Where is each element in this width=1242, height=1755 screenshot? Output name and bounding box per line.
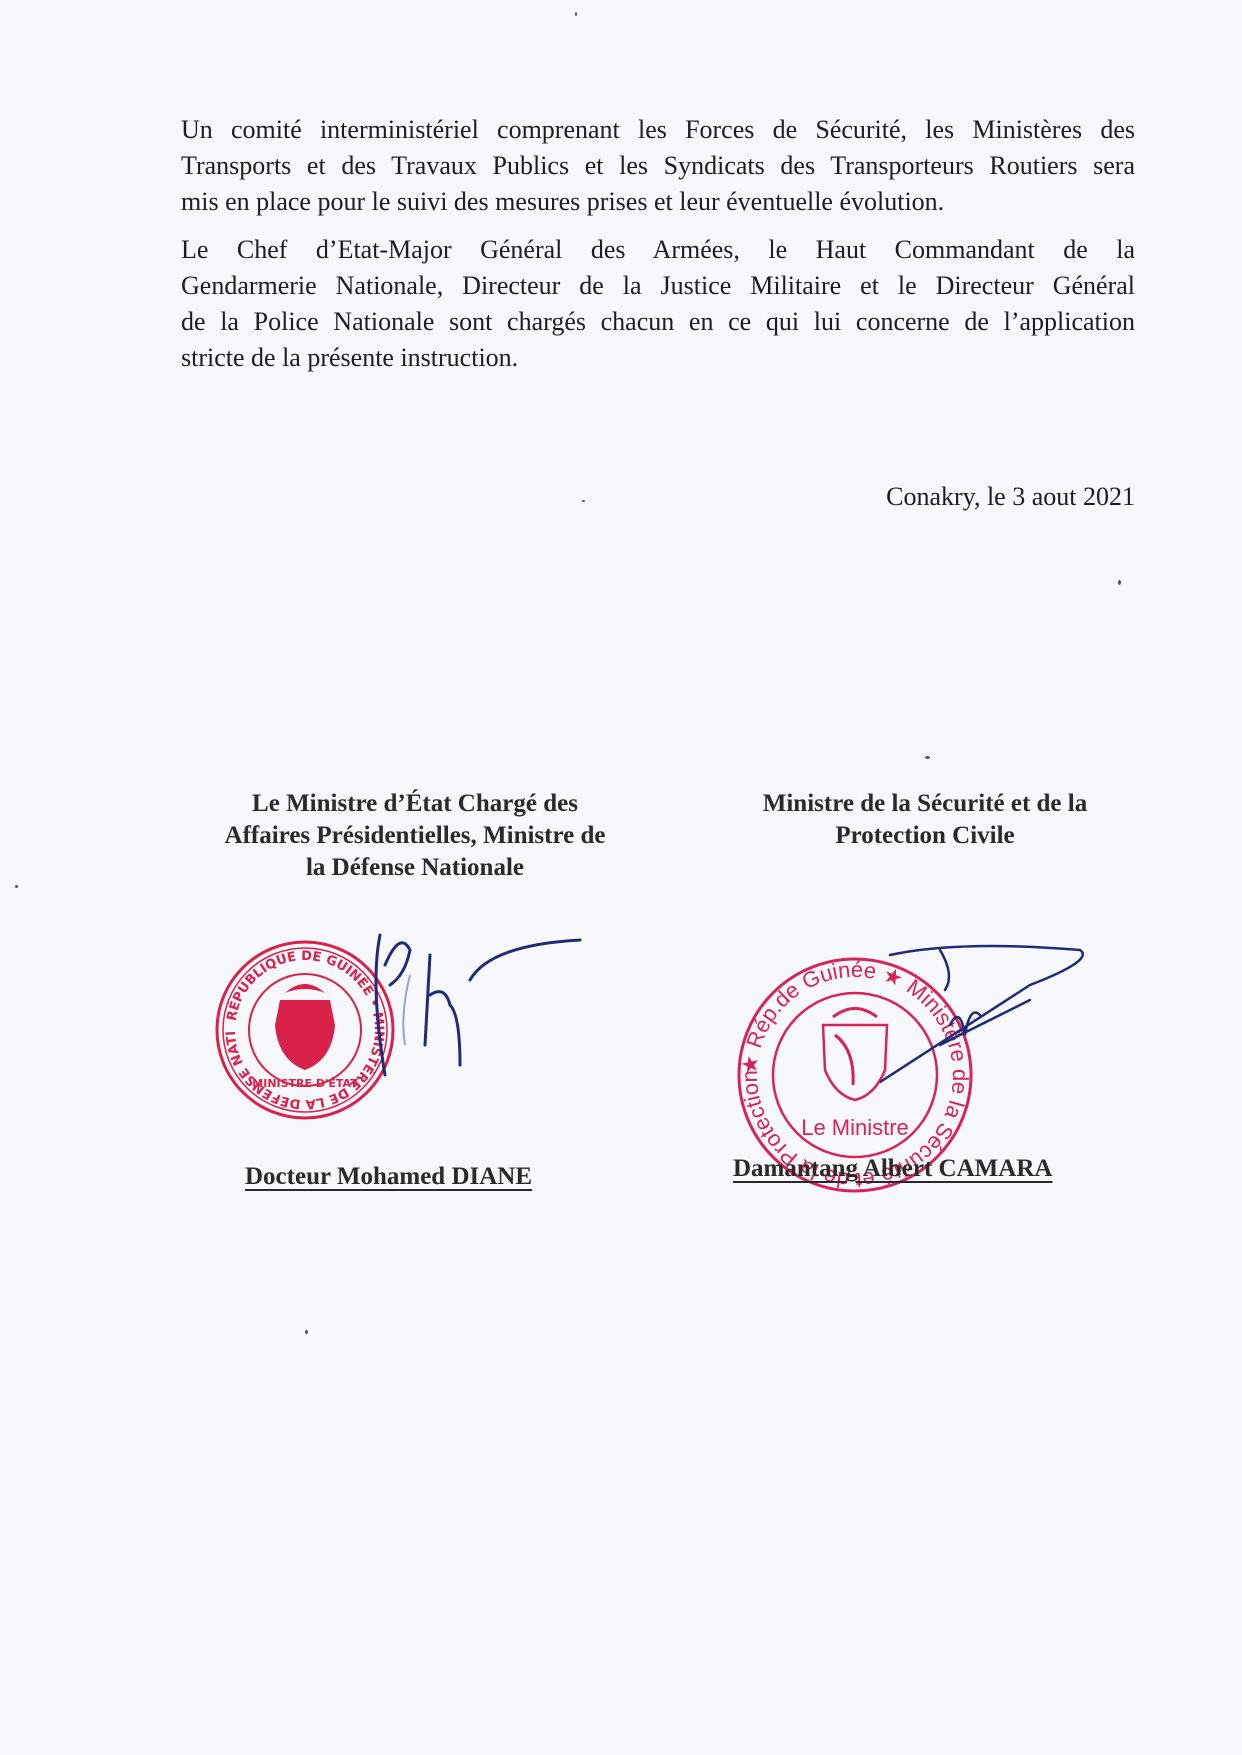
- signatory-name-camara: Damantang Albert CAMARA: [733, 1155, 1052, 1183]
- title-line: Affaires Présidentielles, Ministre de: [180, 820, 650, 852]
- title-line: Ministre de la Sécurité et de la: [715, 788, 1135, 820]
- text-line: Un comité interministériel comprenant le…: [181, 112, 1135, 148]
- svg-text:Le Ministre: Le Ministre: [801, 1115, 909, 1140]
- document-page: Un comité interministériel comprenant le…: [0, 0, 1242, 1755]
- paragraph-committee: Un comité interministériel comprenant le…: [181, 112, 1135, 220]
- signatory-name-diane: Docteur Mohamed DIANE: [245, 1163, 532, 1191]
- text-line: mis en place pour le suivi des mesures p…: [181, 184, 1135, 220]
- signatory-title-security: Ministre de la Sécurité et de la Protect…: [715, 788, 1135, 852]
- scan-speck: [1118, 580, 1121, 585]
- text-line: de la Police Nationale sont chargés chac…: [181, 304, 1135, 340]
- text-line: Transports et des Travaux Publics et les…: [181, 148, 1135, 184]
- title-line: Le Ministre d’État Chargé des: [180, 788, 650, 820]
- title-line: Protection Civile: [715, 820, 1135, 852]
- paragraph-responsibility: Le Chef d’Etat-Major Général des Armées,…: [181, 232, 1135, 376]
- scan-speck: [582, 500, 585, 502]
- text-line: stricte de la présente instruction.: [181, 340, 1135, 376]
- text-line: Le Chef d’Etat-Major Général des Armées,…: [181, 232, 1135, 268]
- scan-speck: [575, 12, 577, 16]
- signatory-title-defense: Le Ministre d’État Chargé des Affaires P…: [180, 788, 650, 884]
- scan-speck: [15, 885, 18, 888]
- title-line: la Défense Nationale: [180, 852, 650, 884]
- signature-diane-icon: [350, 925, 590, 1105]
- signature-camara-icon: [880, 935, 1100, 1085]
- svg-text:MINISTRE D'ÉTAT: MINISTRE D'ÉTAT: [252, 1077, 358, 1090]
- text-line: Gendarmerie Nationale, Directeur de la J…: [181, 268, 1135, 304]
- scan-speck: [925, 756, 930, 759]
- place-date: Conakry, le 3 aout 2021: [886, 482, 1135, 512]
- scan-speck: [305, 1330, 308, 1334]
